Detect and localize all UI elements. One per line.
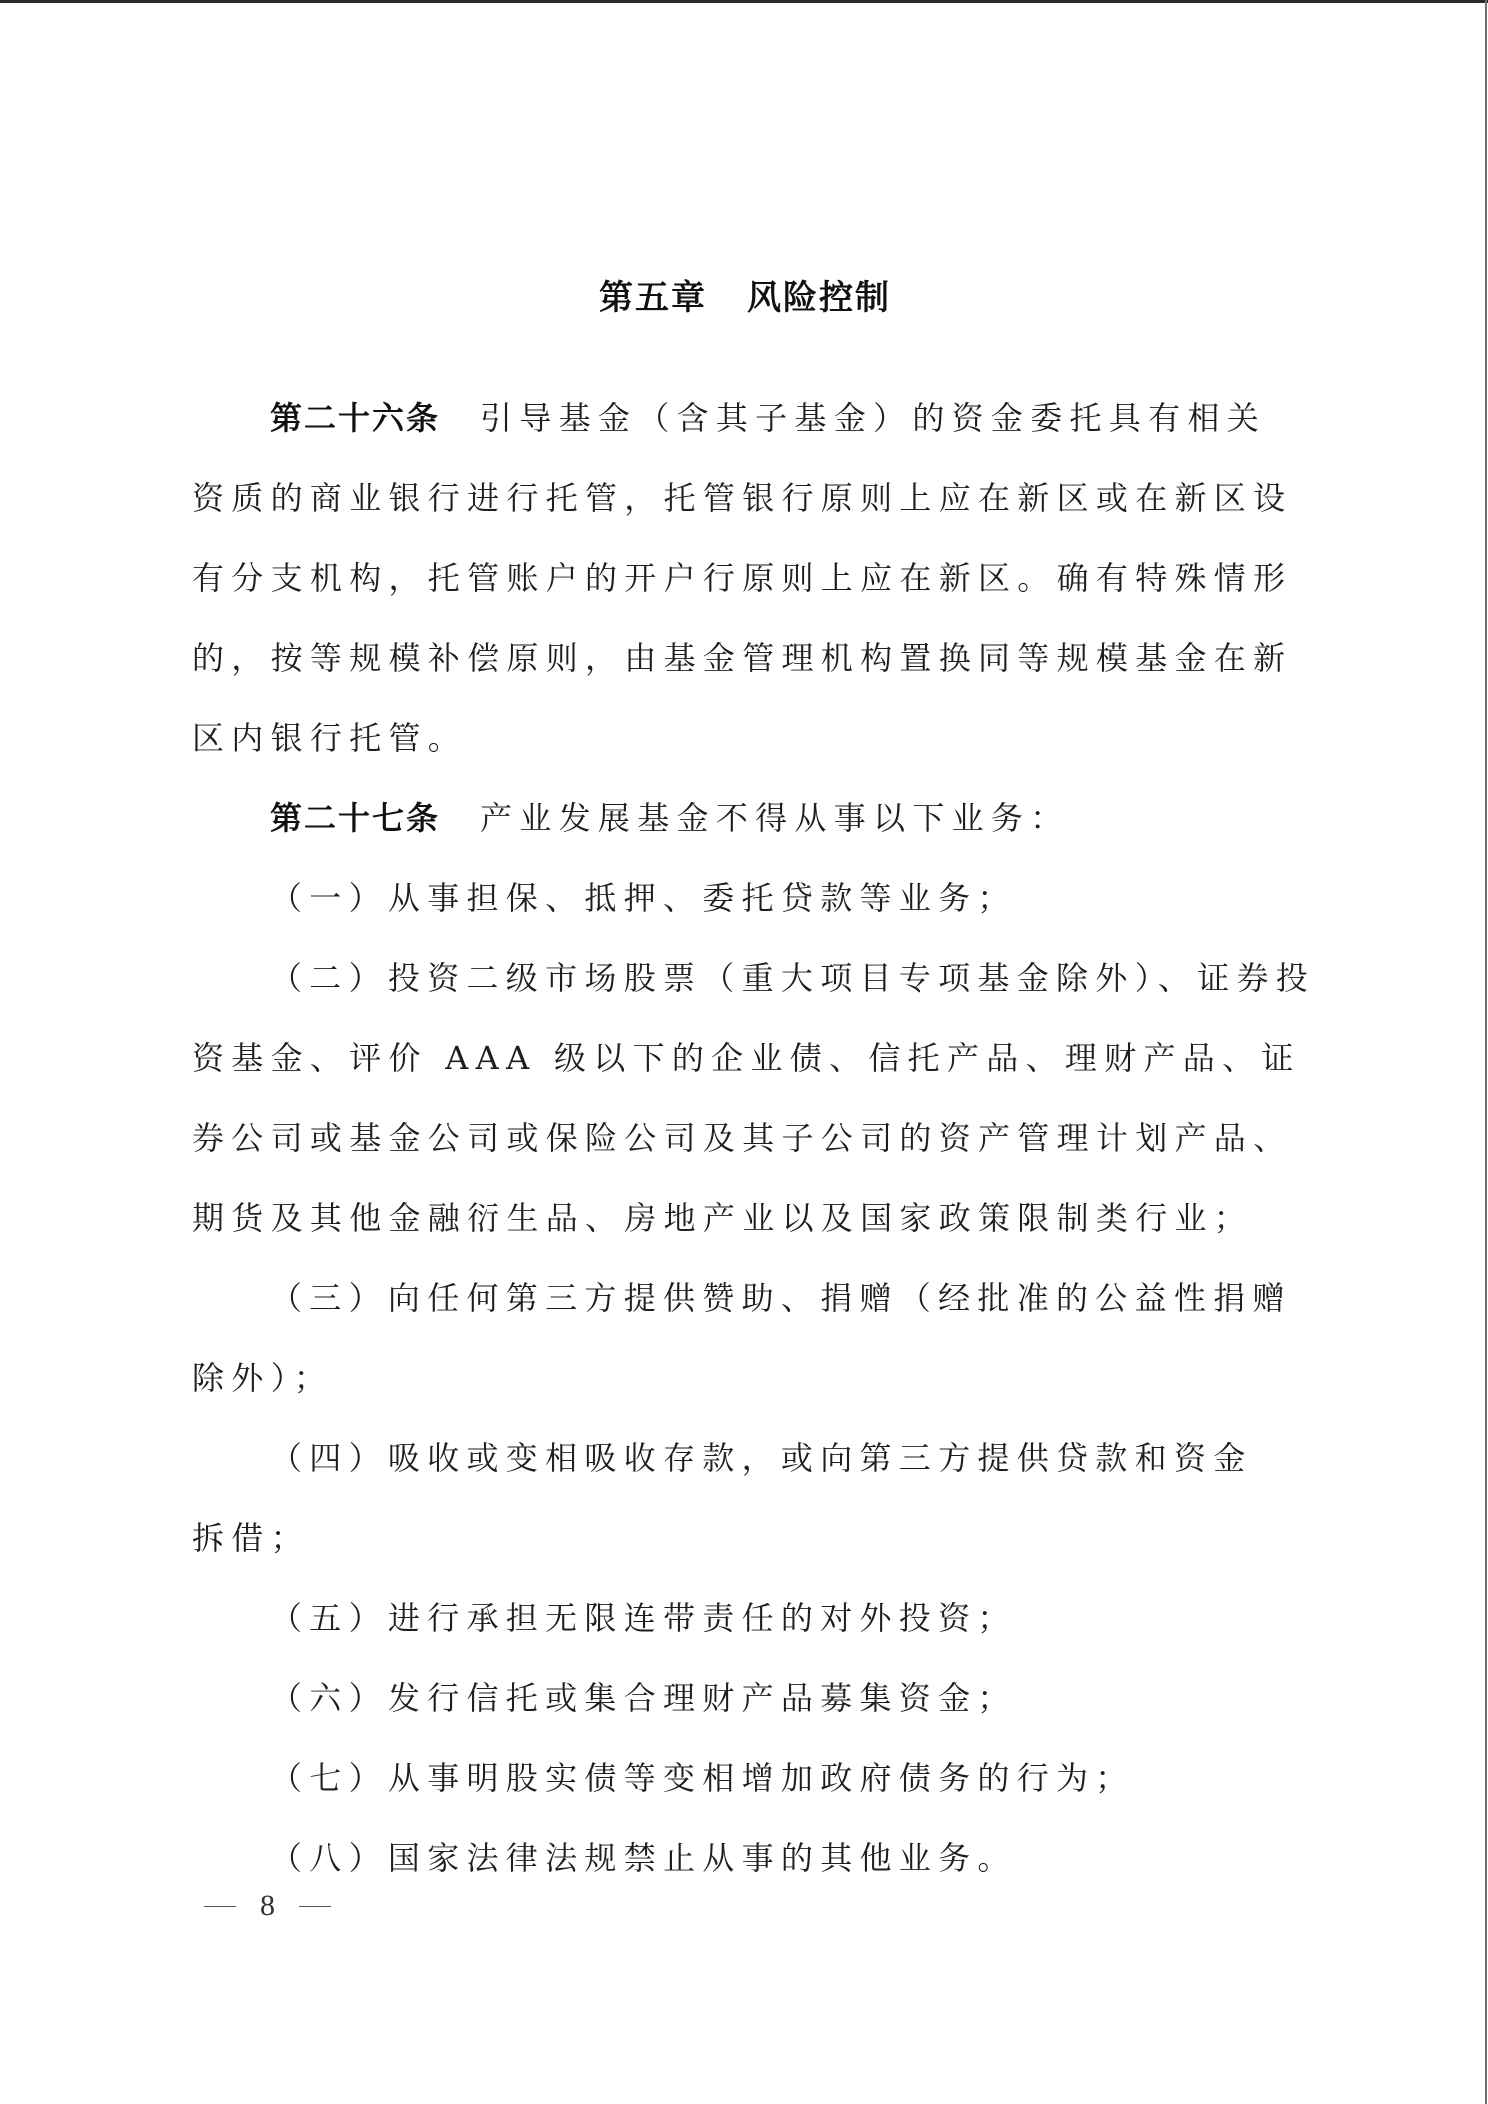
list-item-7: （七）从事明股实债等变相增加政府债务的行为； bbox=[192, 1738, 1298, 1818]
dash-right bbox=[299, 1906, 331, 1907]
article-26-line-3: 有分支机构，托管账户的开户行原则上应在新区。确有特殊情形 bbox=[192, 538, 1298, 618]
list-item-2: （二）投资二级市场股票（重大项目专项基金除外）、证券投 资基金、评价 AAA 级… bbox=[192, 938, 1298, 1258]
dash-left bbox=[204, 1906, 236, 1907]
page-number: 8 bbox=[260, 1886, 275, 1926]
article-26-line-5: 区内银行托管。 bbox=[192, 698, 1298, 778]
list-item-line: （七）从事明股实债等变相增加政府债务的行为； bbox=[192, 1738, 1298, 1818]
chapter-heading: 第五章风险控制 bbox=[192, 272, 1298, 324]
list-item-line: （四）吸收或变相吸收存款，或向第三方提供贷款和资金 bbox=[192, 1418, 1298, 1498]
article-27-intro: 第二十七条产业发展基金不得从事以下业务： bbox=[192, 778, 1298, 858]
chapter-number: 第五章 bbox=[599, 278, 707, 318]
article-text: 产业发展基金不得从事以下业务： bbox=[480, 799, 1070, 837]
list-item-6: （六）发行信托或集合理财产品募集资金； bbox=[192, 1658, 1298, 1738]
article-27: 第二十七条产业发展基金不得从事以下业务： （一）从事担保、抵押、委托贷款等业务；… bbox=[192, 778, 1298, 1898]
list-item-line: （五）进行承担无限连带责任的对外投资； bbox=[192, 1578, 1298, 1658]
list-item-line: （三）向任何第三方提供赞助、捐赠（经批准的公益性捐赠 bbox=[192, 1258, 1298, 1338]
chapter-title: 风险控制 bbox=[747, 278, 891, 318]
article-26-line-4: 的，按等规模补偿原则，由基金管理机构置换同等规模基金在新 bbox=[192, 618, 1298, 698]
list-item-line: 资基金、评价 AAA 级以下的企业债、信托产品、理财产品、证 bbox=[192, 1018, 1298, 1098]
list-item-line: 拆借； bbox=[192, 1498, 1298, 1578]
article-26-line-1: 第二十六条引导基金（含其子基金）的资金委托具有相关 bbox=[192, 378, 1298, 458]
list-item-line: （六）发行信托或集合理财产品募集资金； bbox=[192, 1658, 1298, 1738]
article-number: 第二十七条 bbox=[270, 799, 440, 837]
article-26-line-2: 资质的商业银行进行托管，托管银行原则上应在新区或在新区设 bbox=[192, 458, 1298, 538]
list-item-8: （八）国家法律法规禁止从事的其他业务。 bbox=[192, 1818, 1298, 1898]
list-item-line: （八）国家法律法规禁止从事的其他业务。 bbox=[192, 1818, 1298, 1898]
article-number: 第二十六条 bbox=[270, 399, 440, 437]
list-item-5: （五）进行承担无限连带责任的对外投资； bbox=[192, 1578, 1298, 1658]
list-item-line: 除外）； bbox=[192, 1338, 1298, 1418]
list-item-line: （一）从事担保、抵押、委托贷款等业务； bbox=[192, 858, 1298, 938]
list-item-4: （四）吸收或变相吸收存款，或向第三方提供贷款和资金 拆借； bbox=[192, 1418, 1298, 1578]
list-item-1: （一）从事担保、抵押、委托贷款等业务； bbox=[192, 858, 1298, 938]
page-top-border bbox=[0, 0, 1488, 3]
list-item-line: 期货及其他金融衍生品、房地产业以及国家政策限制类行业； bbox=[192, 1178, 1298, 1258]
page-right-border bbox=[1485, 0, 1487, 2104]
list-item-line: （二）投资二级市场股票（重大项目专项基金除外）、证券投 bbox=[192, 938, 1298, 1018]
article-text: 引导基金（含其子基金）的资金委托具有相关 bbox=[480, 399, 1266, 437]
page-number-footer: 8 bbox=[204, 1886, 331, 1926]
list-item-3: （三）向任何第三方提供赞助、捐赠（经批准的公益性捐赠 除外）； bbox=[192, 1258, 1298, 1418]
document-body: 第二十六条引导基金（含其子基金）的资金委托具有相关 资质的商业银行进行托管，托管… bbox=[192, 378, 1298, 1898]
article-26: 第二十六条引导基金（含其子基金）的资金委托具有相关 资质的商业银行进行托管，托管… bbox=[192, 378, 1298, 778]
list-item-line: 券公司或基金公司或保险公司及其子公司的资产管理计划产品、 bbox=[192, 1098, 1298, 1178]
